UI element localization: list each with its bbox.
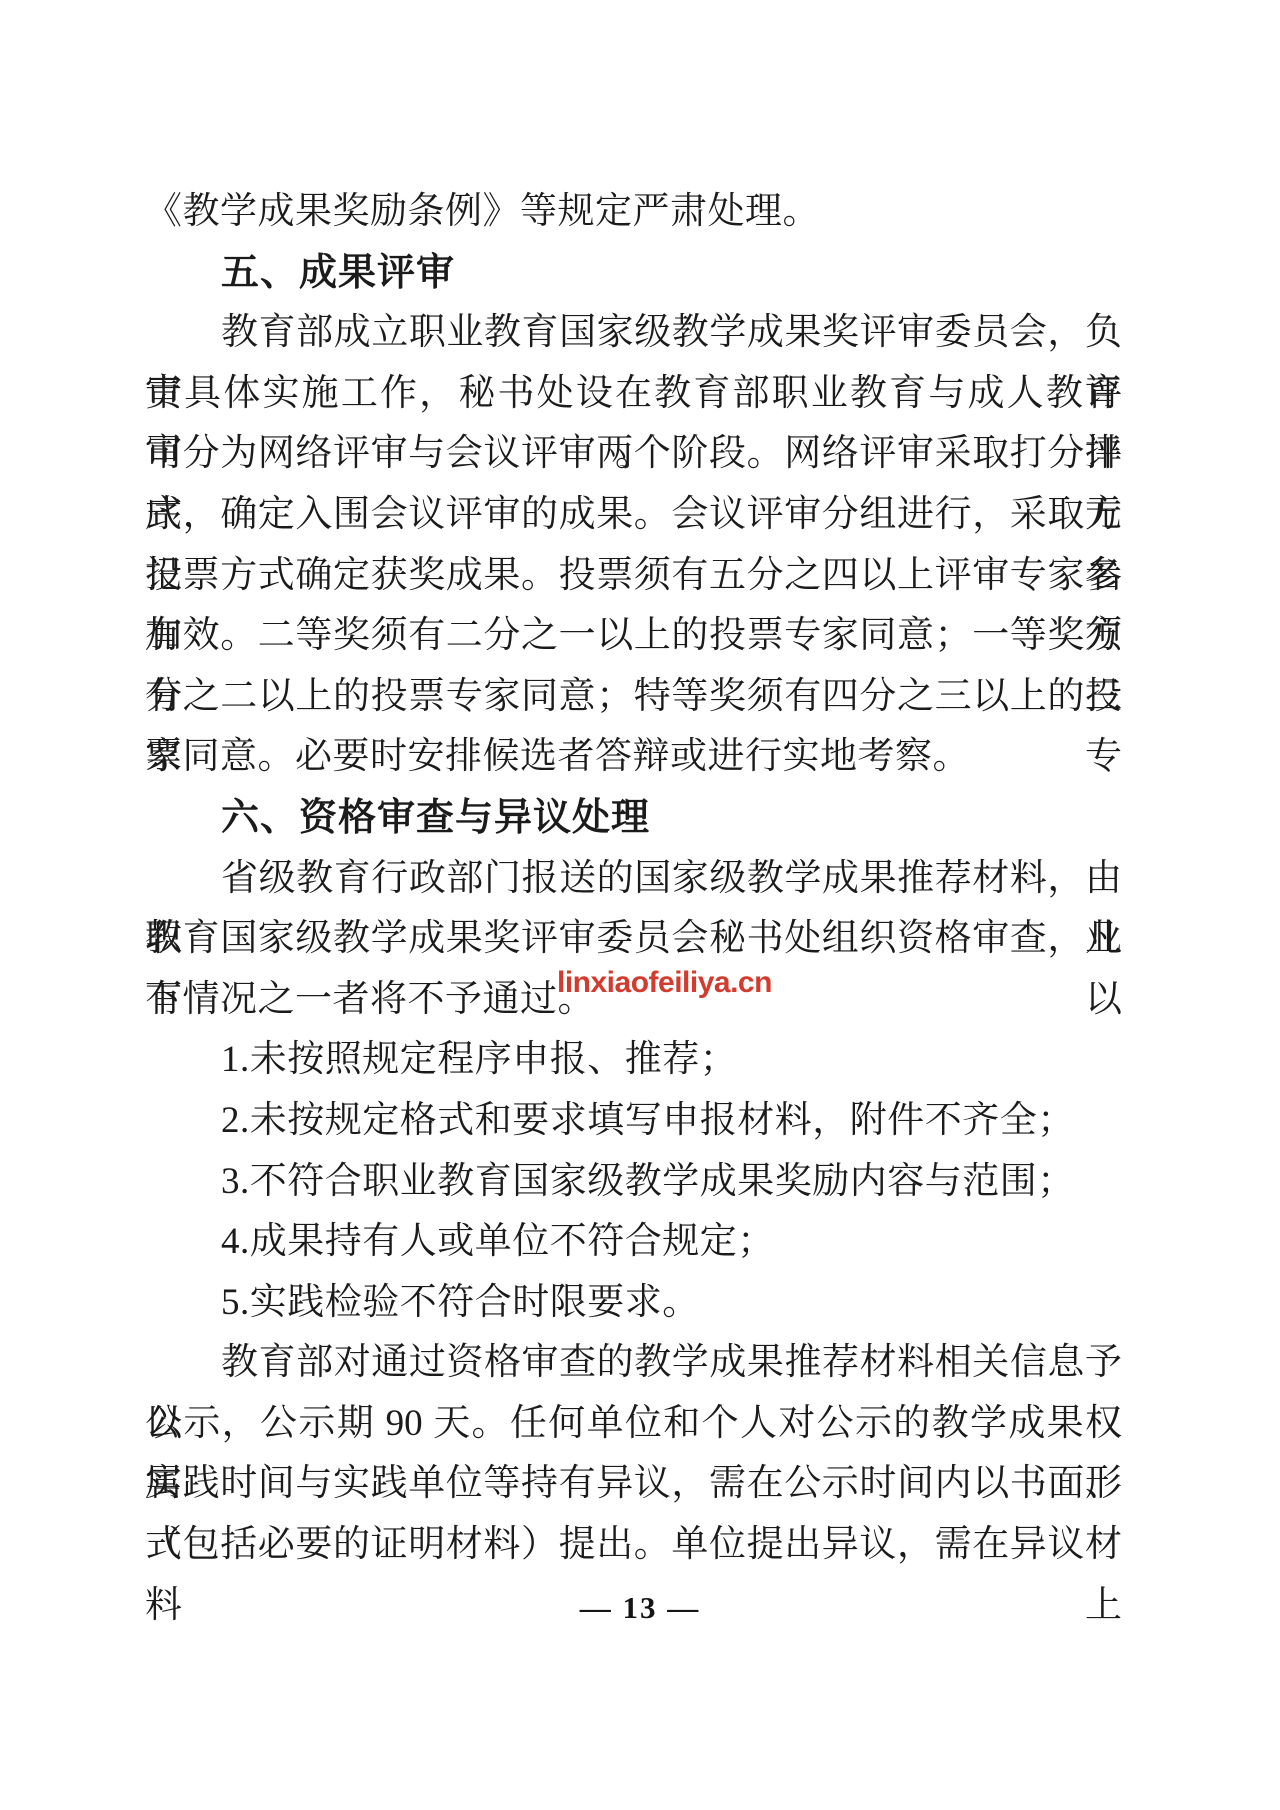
list-item: 4.成果持有人或单位不符合规定； [145,1212,1122,1273]
text-line: 教育部对通过资格审查的教学成果推荐材料相关信息予以 [145,1333,1122,1394]
list-item: 2.未按规定格式和要求填写申报材料，附件不齐全； [145,1091,1122,1152]
text-line: （包括必要的证明材料）提出。单位提出异议，需在异议材料上 [145,1515,1122,1576]
text-line: 公示，公示期 90 天。任何单位和个人对公示的教学成果权属、 [145,1394,1122,1455]
text-line: 式，确定入围会议评审的成果。会议评审分组进行，采取无记名 [145,485,1122,546]
text-line: 教育国家级教学成果奖评审委员会秘书处组织资格审查，凡有以 [145,909,1122,970]
site-watermark: linxiaofeiliya.cn [557,966,772,1000]
page-number: — 13 — [0,1590,1280,1626]
text-line: 教育部成立职业教育国家级教学成果奖评审委员会，负责评 [145,303,1122,364]
text-line: 省级教育行政部门报送的国家级教学成果推荐材料，由职业 [145,849,1122,910]
text-line: 审分为网络评审与会议评审两个阶段。网络评审采取打分排序方 [145,424,1122,485]
document-body: 《教学成果奖励条例》等规定严肃处理。 五、成果评审 教育部成立职业教育国家级教学… [145,182,1122,1576]
text-line: 审具体实施工作，秘书处设在教育部职业教育与成人教育司。评 [145,364,1122,425]
document-page: 《教学成果奖励条例》等规定严肃处理。 五、成果评审 教育部成立职业教育国家级教学… [0,0,1280,1810]
section-heading: 六、资格审查与异议处理 [145,788,1122,849]
text-line: 《教学成果奖励条例》等规定严肃处理。 [145,182,1122,243]
text-line: 投票方式确定获奖成果。投票须有五分之四以上评审专家参加方 [145,546,1122,607]
text-line: 有效。二等奖须有二分之一以上的投票专家同意；一等奖须有三 [145,606,1122,667]
text-line: 分之二以上的投票专家同意；特等奖须有四分之三以上的投票专 [145,667,1122,728]
text-line: 实践时间与实践单位等持有异议，需在公示时间内以书面形式 [145,1454,1122,1515]
list-item: 3.不符合职业教育国家级教学成果奖励内容与范围； [145,1152,1122,1213]
section-heading: 五、成果评审 [145,243,1122,304]
list-item: 1.未按照规定程序申报、推荐； [145,1030,1122,1091]
list-item: 5.实践检验不符合时限要求。 [145,1273,1122,1334]
